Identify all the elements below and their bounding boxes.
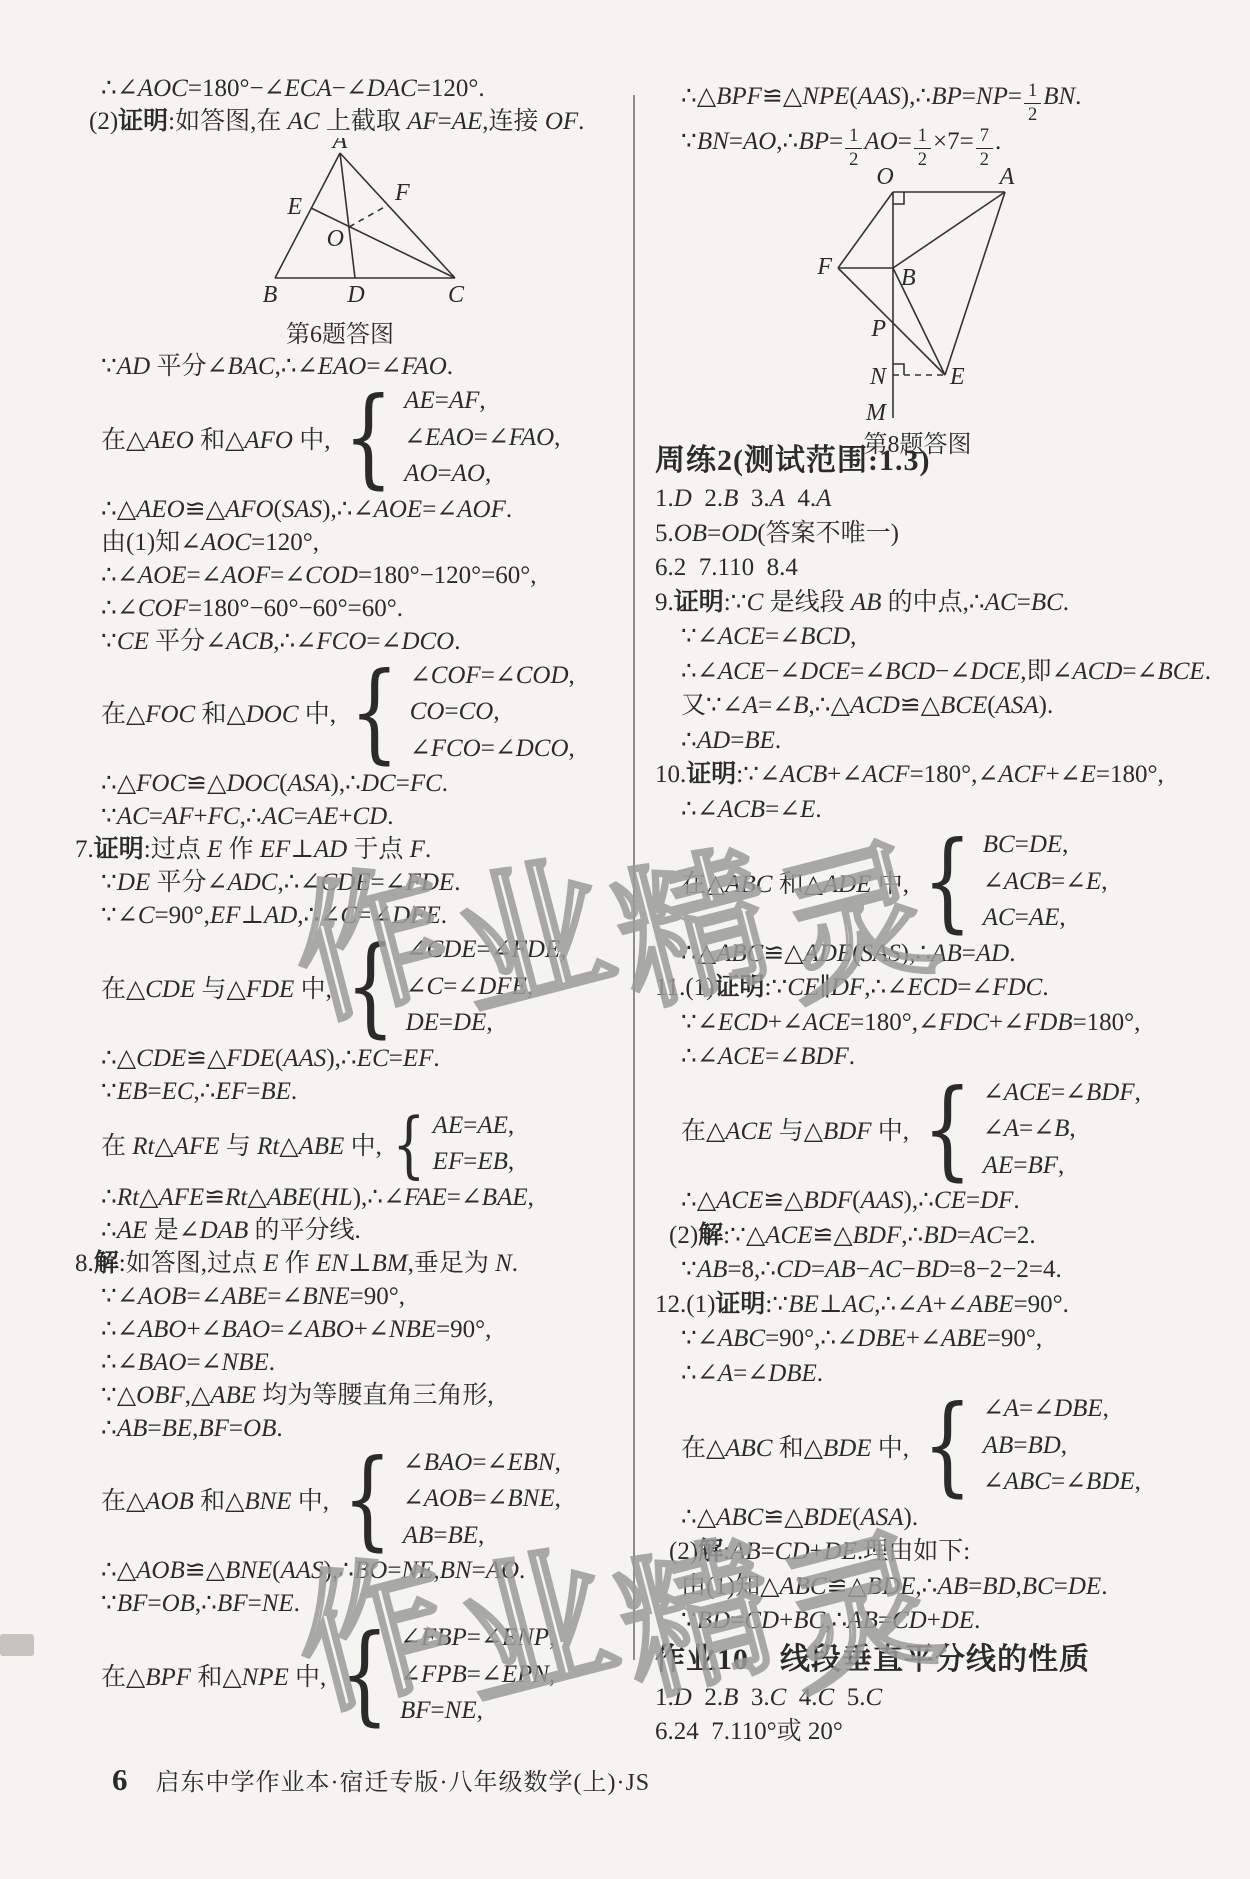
brace-item: ∠ACB=∠E, [983,864,1108,901]
text-line: (2)证明:如答图,在 AC 上截取 AF=AE,连接 OF. [75,105,600,138]
text-line: ∴∠COF=180°−60°−60°=60°. [75,592,600,625]
figure-problem6: A B C D E F O [190,138,490,313]
brace-items: ∠BAO=∠EBN,∠AOB=∠BNE,AB=BE, [403,1445,561,1555]
text-line: ∴∠ACE=∠BDF. [655,1040,1185,1075]
text-line: 7.证明:过点 E 作 EF⊥AD 于点 F. [75,833,600,866]
text-line: (2)解:∵△ACE≌△BDF,∴BD=AC=2. [655,1219,1185,1254]
text-line: ∵BF=OB,∴BF=NE. [75,1587,600,1620]
text-line: ∵BD=CD+BC,∴AB=CD+DE. [655,1604,1185,1639]
brace-items: BC=DE,∠ACB=∠E,AC=AE, [983,827,1108,937]
brace-item: ∠BAO=∠EBN, [403,1445,561,1482]
brace-item: EF=EB, [433,1144,514,1181]
text-line: ∴AB=BE,BF=OB. [75,1412,600,1445]
figure6-label-f: F [394,180,410,206]
brace-item: BC=DE, [983,827,1108,864]
text-line: ∴△ACE≌△BDF(AAS),∴CE=DF. [655,1184,1185,1219]
figure6-label-e: E [286,194,302,220]
brace-intro: 在△BPF 和△NPE 中, [101,1657,326,1693]
brace-intro: 在△AEO 和△AFO 中, [101,420,330,456]
figure6-label-a: A [331,138,348,154]
text-line: ∴∠BAO=∠NBE. [75,1346,600,1379]
brace-intro: 在△ABC 和△ADE 中, [681,864,909,900]
figure8-label-b: B [901,265,916,291]
figure6-caption: 第6题答图 [190,314,490,349]
text-line: ∴∠ACB=∠E. [655,793,1185,828]
figure6-label-b: B [263,282,278,308]
text-line: ∴△ABC≌△BDE(ASA). [655,1501,1185,1536]
text-line: ∴△ABC≌△ADE(SAS),∴AB=AD. [655,937,1185,972]
brace-item: ∠ABC=∠BDE, [983,1464,1141,1501]
brace-item: ∠C=∠DFE, [406,969,567,1006]
scan-smudge [0,1634,34,1656]
brace-item: BF=NE, [400,1693,555,1730]
equation-brace-group: 在△ABC 和△BDE 中,{∠A=∠DBE,AB=BD,∠ABC=∠BDE, [655,1391,1185,1501]
text-line: 10.证明:∵∠ACB+∠ACF=180°,∠ACF+∠E=180°, [655,758,1185,793]
text-line: 5.OB=OD(答案不唯一) [655,517,1185,552]
text-line: 6.24 7.110°或 20° [655,1715,1185,1750]
left-brace: { [343,1450,392,1549]
text-line: ∴△CDE≌△FDE(AAS),∴EC=EF. [75,1042,600,1075]
brace-item: ∠A=∠B, [983,1111,1141,1148]
brace-item: ∠EAO=∠FAO, [404,420,560,457]
brace-intro: 在△ABC 和△BDE 中, [681,1428,909,1464]
text-line: ∴AE 是∠DAB 的平分线. [75,1214,600,1247]
equation-brace-group: 在△AOB 和△BNE 中,{∠BAO=∠EBN,∠AOB=∠BNE,AB=BE… [75,1445,600,1555]
brace-item: AB=BE, [403,1518,561,1555]
figure8-label-m: M [865,400,888,426]
text-line: ∴AD=BE. [655,724,1185,759]
brace-item: AB=BD, [983,1428,1141,1465]
text-line: 11.(1)证明:∵CE∥DF,∴∠ECD=∠FDC. [655,971,1185,1006]
text-line: ∴∠AOC=180°−∠ECA−∠DAC=120°. [75,72,600,105]
left-brace: { [344,388,393,487]
equation-brace-group: 在 Rt△AFE 与 Rt△ABE 中,{AE=AE,EF=EB, [75,1108,600,1181]
text-line: ∵△OBF,△ABE 均为等腰直角三角形, [75,1379,600,1412]
brace-intro: 在△FOC 和△DOC 中, [101,694,336,730]
figure8-label-a: A [998,168,1015,190]
text-line: 由(1)知∠AOC=120°, [75,526,600,559]
text-line: ∵AD 平分∠BAC,∴∠EAO=∠FAO. [75,350,600,383]
brace-items: AE=AE,EF=EB, [433,1108,514,1181]
text-line: 6.2 7.110 8.4 [655,551,1185,586]
text-line: ∵EB=EC,∴EF=BE. [75,1075,600,1108]
equation-brace-group: 在△FOC 和△DOC 中,{∠COF=∠COD,CO=CO,∠FCO=∠DCO… [75,658,600,768]
text-line: 12.(1)证明:∵BE⊥AC,∴∠A+∠ABE=90°. [655,1288,1185,1323]
text-line: ∵∠ABC=90°,∴∠DBE+∠ABE=90°, [655,1322,1185,1357]
text-line: ∵∠ECD+∠ACE=180°,∠FDC+∠FDB=180°, [655,1006,1185,1041]
left-brace: { [923,832,972,931]
text-line: ∴∠A=∠DBE. [655,1357,1185,1392]
text-line: ∵∠C=90°,EF⊥AD,∴∠C=∠DFE. [75,899,600,932]
brace-item: DE=DE, [406,1005,567,1042]
page: ∴∠AOC=180°−∠ECA−∠DAC=120°.(2)证明:如答图,在 AC… [0,0,1250,1879]
text-line: 9.证明:∵C 是线段 AB 的中点,∴AC=BC. [655,586,1185,621]
brace-items: ∠CDE=∠FDE,∠C=∠DFE,DE=DE, [406,932,567,1042]
equation-brace-group: 在△AEO 和△AFO 中,{AE=AF,∠EAO=∠FAO,AO=AO, [75,383,600,493]
brace-item: AE=AE, [433,1108,514,1145]
text-line: 1.D 2.B 3.C 4.C 5.C [655,1681,1185,1716]
text-line: ∴∠ACE−∠DCE=∠BCD−∠DCE,即∠ACD=∠BCE. [655,655,1185,690]
brace-intro: 在 Rt△AFE 与 Rt△ABE 中, [101,1126,382,1162]
brace-item: AE=BF, [983,1148,1141,1185]
text-line: ∴△FOC≌△DOC(ASA),∴DC=FC. [75,767,600,800]
figure8-caption: 第8题答图 [800,424,1035,459]
equation-brace-group: 在△CDE 与△FDE 中,{∠CDE=∠FDE,∠C=∠DFE,DE=DE, [75,932,600,1042]
brace-items: ∠COF=∠COD,CO=CO,∠FCO=∠DCO, [410,658,575,768]
text-line: ∵∠AOB=∠ABE=∠BNE=90°, [75,1280,600,1313]
brace-items: ∠A=∠DBE,AB=BD,∠ABC=∠BDE, [983,1391,1141,1501]
brace-item: ∠CDE=∠FDE, [406,932,567,969]
footer-title: 启东中学作业本·宿迁专版·八年级数学(上)·JS [156,1762,651,1797]
left-brace: { [340,1625,389,1724]
text-line: (2)解:AB=CD+DE.理由如下: [655,1535,1185,1570]
text-line: ∵BN=AO,∴BP=12AO=12×7=72. [655,125,1185,170]
text-line: 1.D 2.B 3.A 4.A [655,482,1185,517]
text-line: 又∵∠A=∠B,∴△ACD≌△BCE(ASA). [655,689,1185,724]
text-line: ∴△AEO≌△AFO(SAS),∴∠AOE=∠AOF. [75,493,600,526]
brace-item: ∠FPB=∠EPN, [400,1657,555,1694]
brace-items: ∠ACE=∠BDF,∠A=∠B,AE=BF, [983,1075,1141,1185]
figure8-label-p: P [870,316,886,342]
left-brace: { [350,663,399,762]
brace-item: ∠A=∠DBE, [983,1391,1141,1428]
text-line: ∵AC=AF+FC,∴AC=AE+CD. [75,800,600,833]
figure8-label-f: F [816,254,832,280]
brace-intro: 在△CDE 与△FDE 中, [101,969,332,1005]
brace-item: ∠AOB=∠BNE, [403,1481,561,1518]
brace-item: CO=CO, [410,694,575,731]
text-line: ∴∠AOE=∠AOF=∠COD=180°−120°=60°, [75,559,600,592]
brace-intro: 在△ACE 与△BDF 中, [681,1111,909,1147]
brace-item: AO=AO, [404,456,560,493]
figure6-label-d: D [346,282,364,308]
brace-items: AE=AF,∠EAO=∠FAO,AO=AO, [404,383,560,493]
text-line: ∵AB=8,∴CD=AB−AC−BD=8−2−2=4. [655,1253,1185,1288]
figure6-label-c: C [448,282,465,308]
figure8-label-e: E [949,364,965,390]
equation-brace-group: 在△BPF 和△NPE 中,{∠FBP=∠ENP,∠FPB=∠EPN,BF=NE… [75,1620,600,1730]
text-line: ∵DE 平分∠ADC,∴∠CDE=∠FDE. [75,866,600,899]
text-line: ∵∠ACE=∠BCD, [655,620,1185,655]
left-brace: { [923,1396,972,1495]
section-heading: 作业10 线段垂直平分线的性质 [655,1639,1185,1681]
text-line: ∵CE 平分∠ACB,∴∠FCO=∠DCO. [75,625,600,658]
brace-items: ∠FBP=∠ENP,∠FPB=∠EPN,BF=NE, [400,1620,555,1730]
left-brace: { [923,1080,972,1179]
page-number: 6 [112,1762,128,1798]
text-line: ∴△AOB≌△BNE(AAS),∴BO=NE,BN=AO. [75,1554,600,1587]
figure-problem8: O A F B P N E M [800,168,1035,428]
brace-intro: 在△AOB 和△BNE 中, [101,1481,329,1517]
figure6-label-o: O [327,226,344,252]
figure8-label-n: N [869,364,888,390]
brace-item: ∠FBP=∠ENP, [400,1620,555,1657]
left-brace: { [392,1111,425,1177]
left-brace: { [345,937,394,1036]
equation-brace-group: 在△ABC 和△ADE 中,{BC=DE,∠ACB=∠E,AC=AE, [655,827,1185,937]
page-footer: 6 启东中学作业本·宿迁专版·八年级数学(上)·JS [112,1762,650,1798]
brace-item: ∠ACE=∠BDF, [983,1075,1141,1112]
text-line: ∴△BPF≌△NPE(AAS),∴BP=NP=12BN. [655,80,1185,125]
figure8-label-o: O [876,168,893,190]
equation-brace-group: 在△ACE 与△BDF 中,{∠ACE=∠BDF,∠A=∠B,AE=BF, [655,1075,1185,1185]
column-divider [633,95,635,1660]
text-line: 8.解:如答图,过点 E 作 EN⊥BM,垂足为 N. [75,1247,600,1280]
text-line: 由(1)知△ABC≌△BDE,∴AB=BD,BC=DE. [655,1570,1185,1605]
text-line: ∴Rt△AFE≌Rt△ABE(HL),∴∠FAE=∠BAE, [75,1181,600,1214]
brace-item: ∠FCO=∠DCO, [410,731,575,768]
text-line: ∴∠ABO+∠BAO=∠ABO+∠NBE=90°, [75,1313,600,1346]
brace-item: AE=AF, [404,383,560,420]
brace-item: AC=AE, [983,900,1108,937]
brace-item: ∠COF=∠COD, [410,658,575,695]
